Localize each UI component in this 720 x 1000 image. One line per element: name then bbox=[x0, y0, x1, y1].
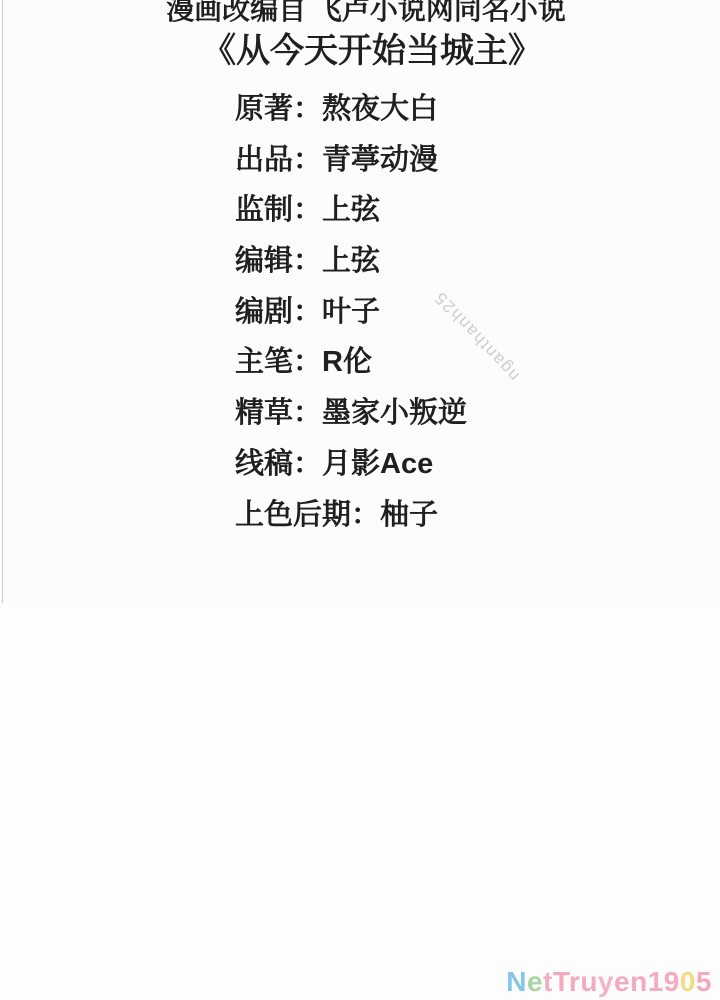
site-watermark-letter: n bbox=[630, 966, 648, 997]
comic-reader-page: 漫画改编自 飞卢小说网同名小说 《从今天开始当城主》 原著：熬夜大白出品：青葶动… bbox=[0, 0, 720, 1000]
site-watermark-letter: 0 bbox=[680, 966, 696, 997]
credit-row: 监制：上弦 bbox=[235, 192, 467, 243]
site-watermark-letter: e bbox=[527, 966, 543, 997]
credit-row: 编辑：上弦 bbox=[235, 243, 467, 294]
site-watermark-letter: N bbox=[506, 966, 527, 997]
credit-row: 线稿：月影Ace bbox=[235, 446, 467, 497]
site-watermark-letter: t bbox=[543, 966, 553, 997]
credit-row: 原著：熬夜大白 bbox=[235, 91, 467, 142]
credit-row: 精草：墨家小叛逆 bbox=[235, 395, 467, 446]
comic-title: 《从今天开始当城主》 bbox=[12, 23, 720, 72]
credit-row: 出品：青葶动漫 bbox=[235, 142, 467, 193]
site-watermark-letter: y bbox=[598, 966, 614, 997]
site-watermark-letter: u bbox=[580, 966, 598, 997]
comic-credits-panel: 漫画改编自 飞卢小说网同名小说 《从今天开始当城主》 原著：熬夜大白出品：青葶动… bbox=[0, 0, 720, 603]
site-watermark-letter: r bbox=[569, 966, 580, 997]
panel-left-edge-line bbox=[2, 0, 3, 603]
site-watermark-letter: 1 bbox=[648, 966, 664, 997]
credit-row: 上色后期：柚子 bbox=[235, 497, 467, 548]
credit-row: 主笔：R伦 bbox=[235, 344, 467, 395]
site-watermark-letter: e bbox=[614, 966, 630, 997]
site-watermark-letter: 5 bbox=[696, 966, 712, 997]
site-watermark: NetTruyen1905 bbox=[506, 966, 712, 998]
site-watermark-letter: T bbox=[553, 966, 569, 997]
credits-list: 原著：熬夜大白出品：青葶动漫监制：上弦编辑：上弦编剧：叶子主笔：R伦精草：墨家小… bbox=[235, 91, 467, 547]
site-watermark-letter: 9 bbox=[664, 966, 680, 997]
